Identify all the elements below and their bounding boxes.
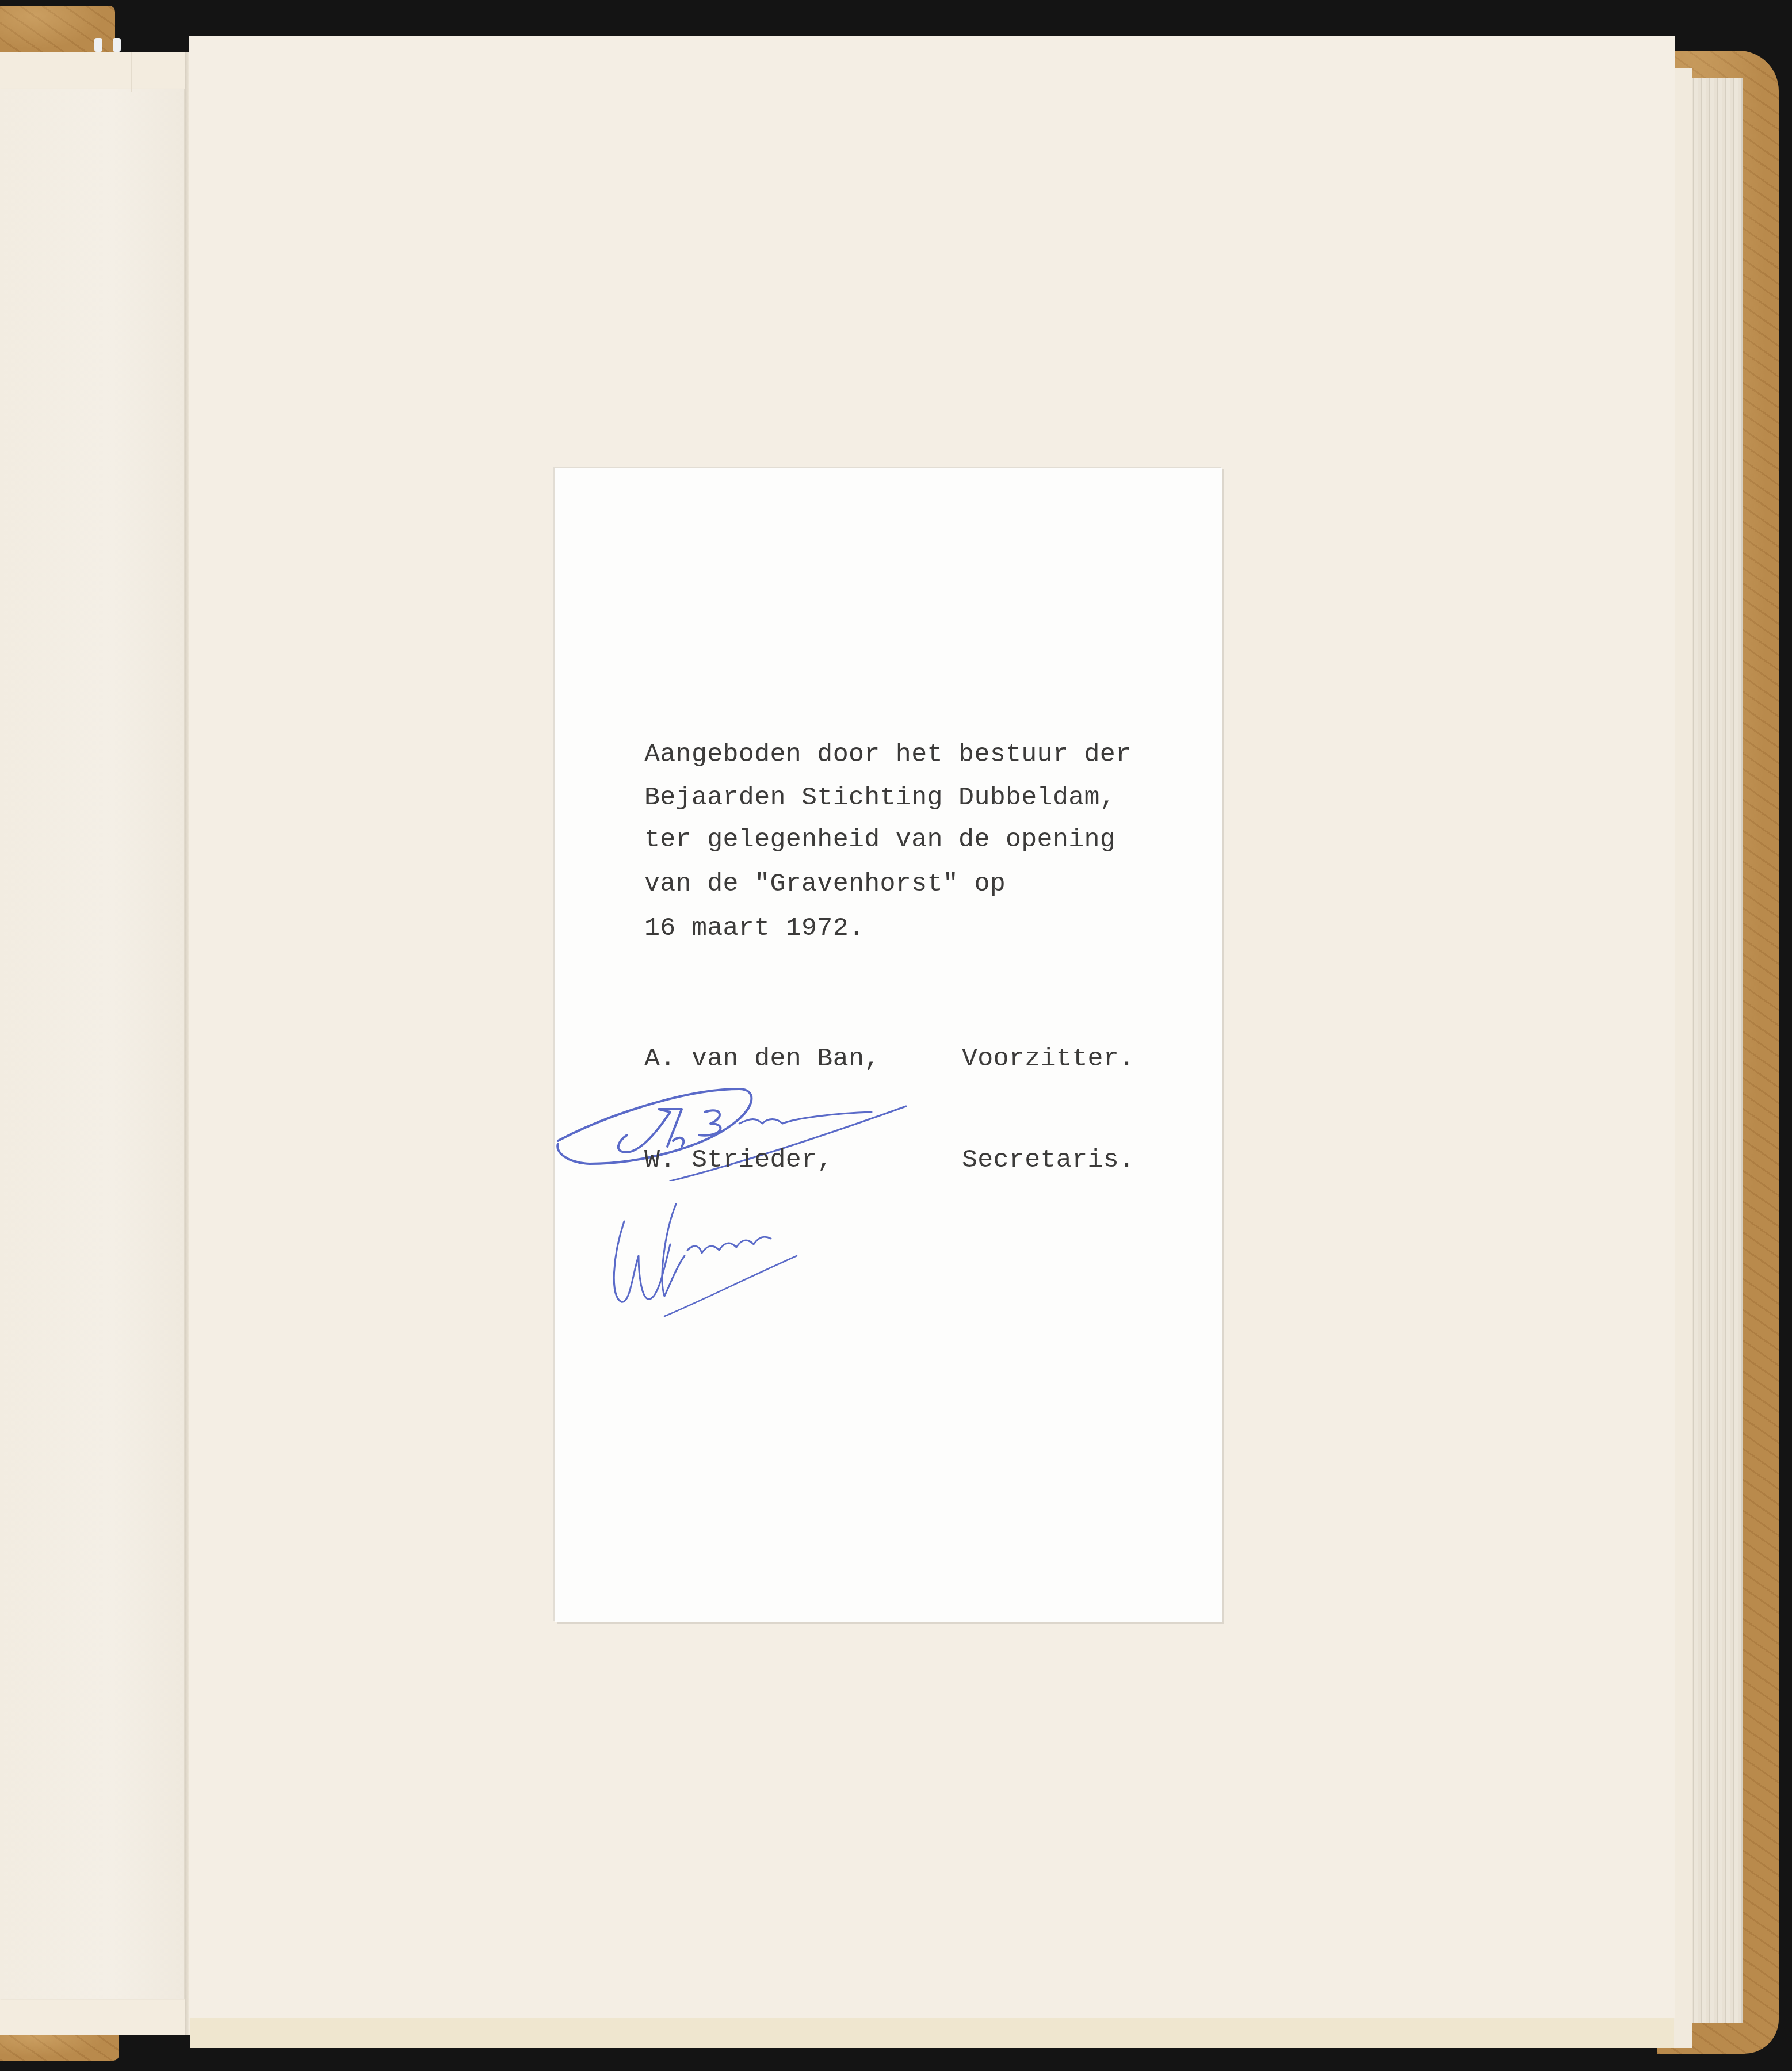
body-line-5: 16 maart 1972.	[644, 915, 864, 941]
gutter-seam	[185, 52, 189, 2035]
page-stack-fore-edge	[1690, 78, 1743, 2023]
signatory-1-role: Voorzitter.	[962, 1046, 1134, 1072]
signatory-2-name: W. Strieder,	[644, 1147, 833, 1173]
body-line-2: Bejaarden Stichting Dubbeldam,	[644, 785, 1115, 811]
dedication-card: Aangeboden door het bestuur der Bejaarde…	[555, 468, 1222, 1622]
signature-strieder	[607, 1187, 803, 1319]
left-flyleaf-panel	[0, 89, 186, 1999]
underlying-page-bottom	[190, 2018, 1674, 2048]
signatory-2-role: Secretaris.	[962, 1147, 1134, 1173]
leather-cover-bottom-left	[0, 2031, 119, 2061]
left-page-fold	[131, 52, 132, 92]
body-line-4: van de "Gravenhorst" op	[644, 871, 1006, 897]
body-line-3: ter gelegenheid van de opening	[644, 827, 1115, 853]
binding-stitch	[113, 38, 121, 52]
binding-stitch	[94, 38, 102, 52]
body-line-1: Aangeboden door het bestuur der	[644, 742, 1131, 767]
